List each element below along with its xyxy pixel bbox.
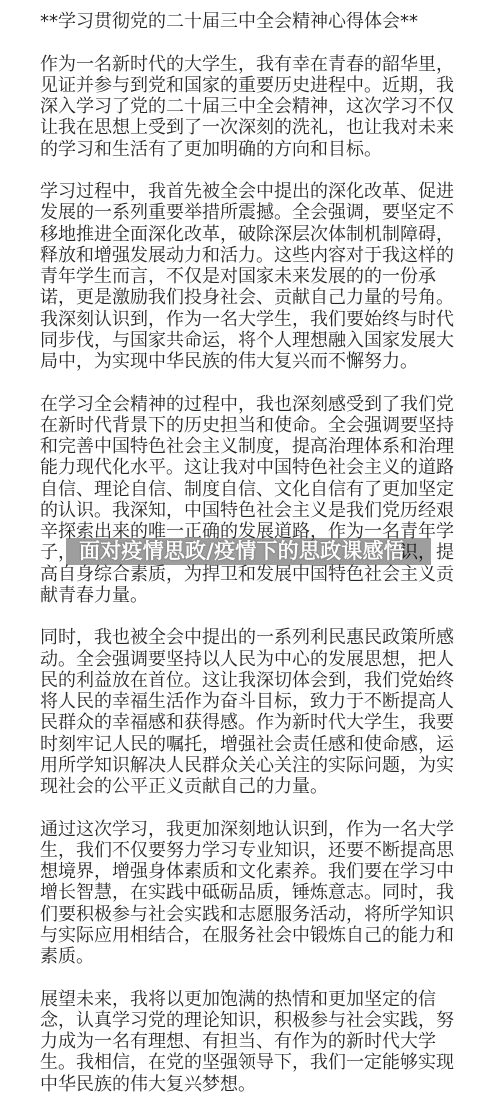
text-line: 将人民的幸福生活作为奋斗目标，致力于不断提高人	[40, 691, 480, 712]
caption-text: 面对疫情思政/疫情下的思政课感悟	[79, 539, 405, 563]
text-line: 发展的一系列重要举措所震撼。全会强调，要坚定不	[40, 202, 480, 223]
text-line: 献青春力量。	[40, 585, 480, 606]
paragraph-4: 同时，我也被全会中提出的一系列利民惠民政策所感 动。全会强调要坚持以人民为中心的…	[40, 627, 480, 797]
text-line: 和完善中国特色社会主义制度，提高治理体系和治理	[40, 436, 480, 457]
text-line: 同步伐，与国家共命运，将个人理想融入国家发展大	[40, 330, 480, 351]
text-line: 移地推进全面深化改革，破除深层次体制机制障碍，	[40, 224, 480, 245]
text-line: 想境界，增强身体素质和文化素养。我们要在学习中	[40, 861, 480, 882]
text-line: 能力现代化水平。这让我对中国特色社会主义的道路	[40, 457, 480, 478]
text-line: 们要积极参与社会实践和志愿服务活动，将所学知识	[40, 904, 480, 925]
text-line: 素质。	[40, 946, 480, 967]
text-line: 力成为一名有理想、有担当、有作为的新时代大学	[40, 1031, 480, 1052]
text-line: 时刻牢记人民的嘱托，增强社会责任感和使命感，运	[40, 734, 480, 755]
text-line: 的认识。我深知，中国特色社会主义是我们党历经艰	[40, 500, 480, 521]
paragraph-6: 展望未来，我将以更加饱满的热情和更加坚定的信 念，认真学习党的理论知识，积极参与…	[40, 989, 480, 1095]
text-line: 在新时代背景下的历史担当和使命。全会强调要坚持	[40, 415, 480, 436]
text-line: 诺，更是激励我们投身社会、贡献自己力量的号角。	[40, 287, 480, 308]
text-line: 我深刻认识到，作为一名大学生，我们要始终与时代	[40, 309, 480, 330]
text-line: 现社会的公平正义贡献自己的力量。	[40, 776, 480, 797]
text-line: 在学习全会精神的过程中，我也深刻感受到了我们党	[40, 394, 480, 415]
text-line: 民群众的幸福感和获得感。作为新时代大学生，我要	[40, 712, 480, 733]
text-line: 中华民族的伟大复兴梦想。	[40, 1074, 480, 1095]
text-line: 展望未来，我将以更加饱满的热情和更加坚定的信	[40, 989, 480, 1010]
paragraph-2: 学习过程中，我首先被全会中提出的深化改革、促进 发展的一系列重要举措所震撼。全会…	[40, 181, 480, 372]
text-line: 让我在思想上受到了一次深刻的洗礼，也让我对未来	[40, 117, 480, 138]
text-line: 动。全会强调要坚持以人民为中心的发展思想，把人	[40, 649, 480, 670]
text-line: 深入学习了党的二十届三中全会精神，这次学习不仅	[40, 96, 480, 117]
text-line: 自信、理论自信、制度自信、文化自信有了更加坚定	[40, 479, 480, 500]
text-line: 与实际应用相结合，在服务社会中锻炼自己的能力和	[40, 925, 480, 946]
text-line: 生，我们不仅要努力学习专业知识，还要不断提高思	[40, 840, 480, 861]
paragraph-3: 在学习全会精神的过程中，我也深刻感受到了我们党 在新时代背景下的历史担当和使命。…	[40, 394, 480, 607]
text-line: 见证并参与到党和国家的重要历史进程中。近期，我	[40, 75, 480, 96]
paragraph-1: 作为一名新时代的大学生，我有幸在青春的韶华里， 见证并参与到党和国家的重要历史进…	[40, 54, 480, 160]
text-line: 增长智慧，在实践中砥砺品质，锤炼意志。同时，我	[40, 882, 480, 903]
text-line: 释放和增强发展动力和活力。这些内容对于我这样的	[40, 245, 480, 266]
text-line: 生。我相信，在党的坚强领导下，我们一定能够实现	[40, 1052, 480, 1073]
caption-overlay: 面对疫情思政/疫情下的思政课感悟	[66, 538, 431, 565]
paragraph-5: 通过这次学习，我更加深刻地认识到，作为一名大学 生，我们不仅要努力学习专业知识，…	[40, 819, 480, 968]
text-line: 通过这次学习，我更加深刻地认识到，作为一名大学	[40, 819, 480, 840]
text-line: 同时，我也被全会中提出的一系列利民惠民政策所感	[40, 627, 480, 648]
text-line: 念，认真学习党的理论知识，积极参与社会实践，努	[40, 1010, 480, 1031]
text-line: 青年学生而言，不仅是对国家未来发展的的一份承	[40, 266, 480, 287]
text-line: 高自身综合素质，为捍卫和发展中国特色社会主义贡	[40, 564, 480, 585]
text-line: 用所学知识解决人民群众关心关注的实际问题，为实	[40, 755, 480, 776]
document-title: **学习贯彻党的二十届三中全会精神心得体会**	[40, 11, 480, 32]
text-line: 民的利益放在首位。这让我深切体会到，我们党始终	[40, 670, 480, 691]
text-line: 的学习和生活有了更加明确的方向和目标。	[40, 139, 480, 160]
text-line: 局中，为实现中华民族的伟大复兴而不懈努力。	[40, 351, 480, 372]
document-title-block: **学习贯彻党的二十届三中全会精神心得体会**	[40, 11, 480, 32]
text-line: 作为一名新时代的大学生，我有幸在青春的韶华里，	[40, 54, 480, 75]
text-line: 学习过程中，我首先被全会中提出的深化改革、促进	[40, 181, 480, 202]
